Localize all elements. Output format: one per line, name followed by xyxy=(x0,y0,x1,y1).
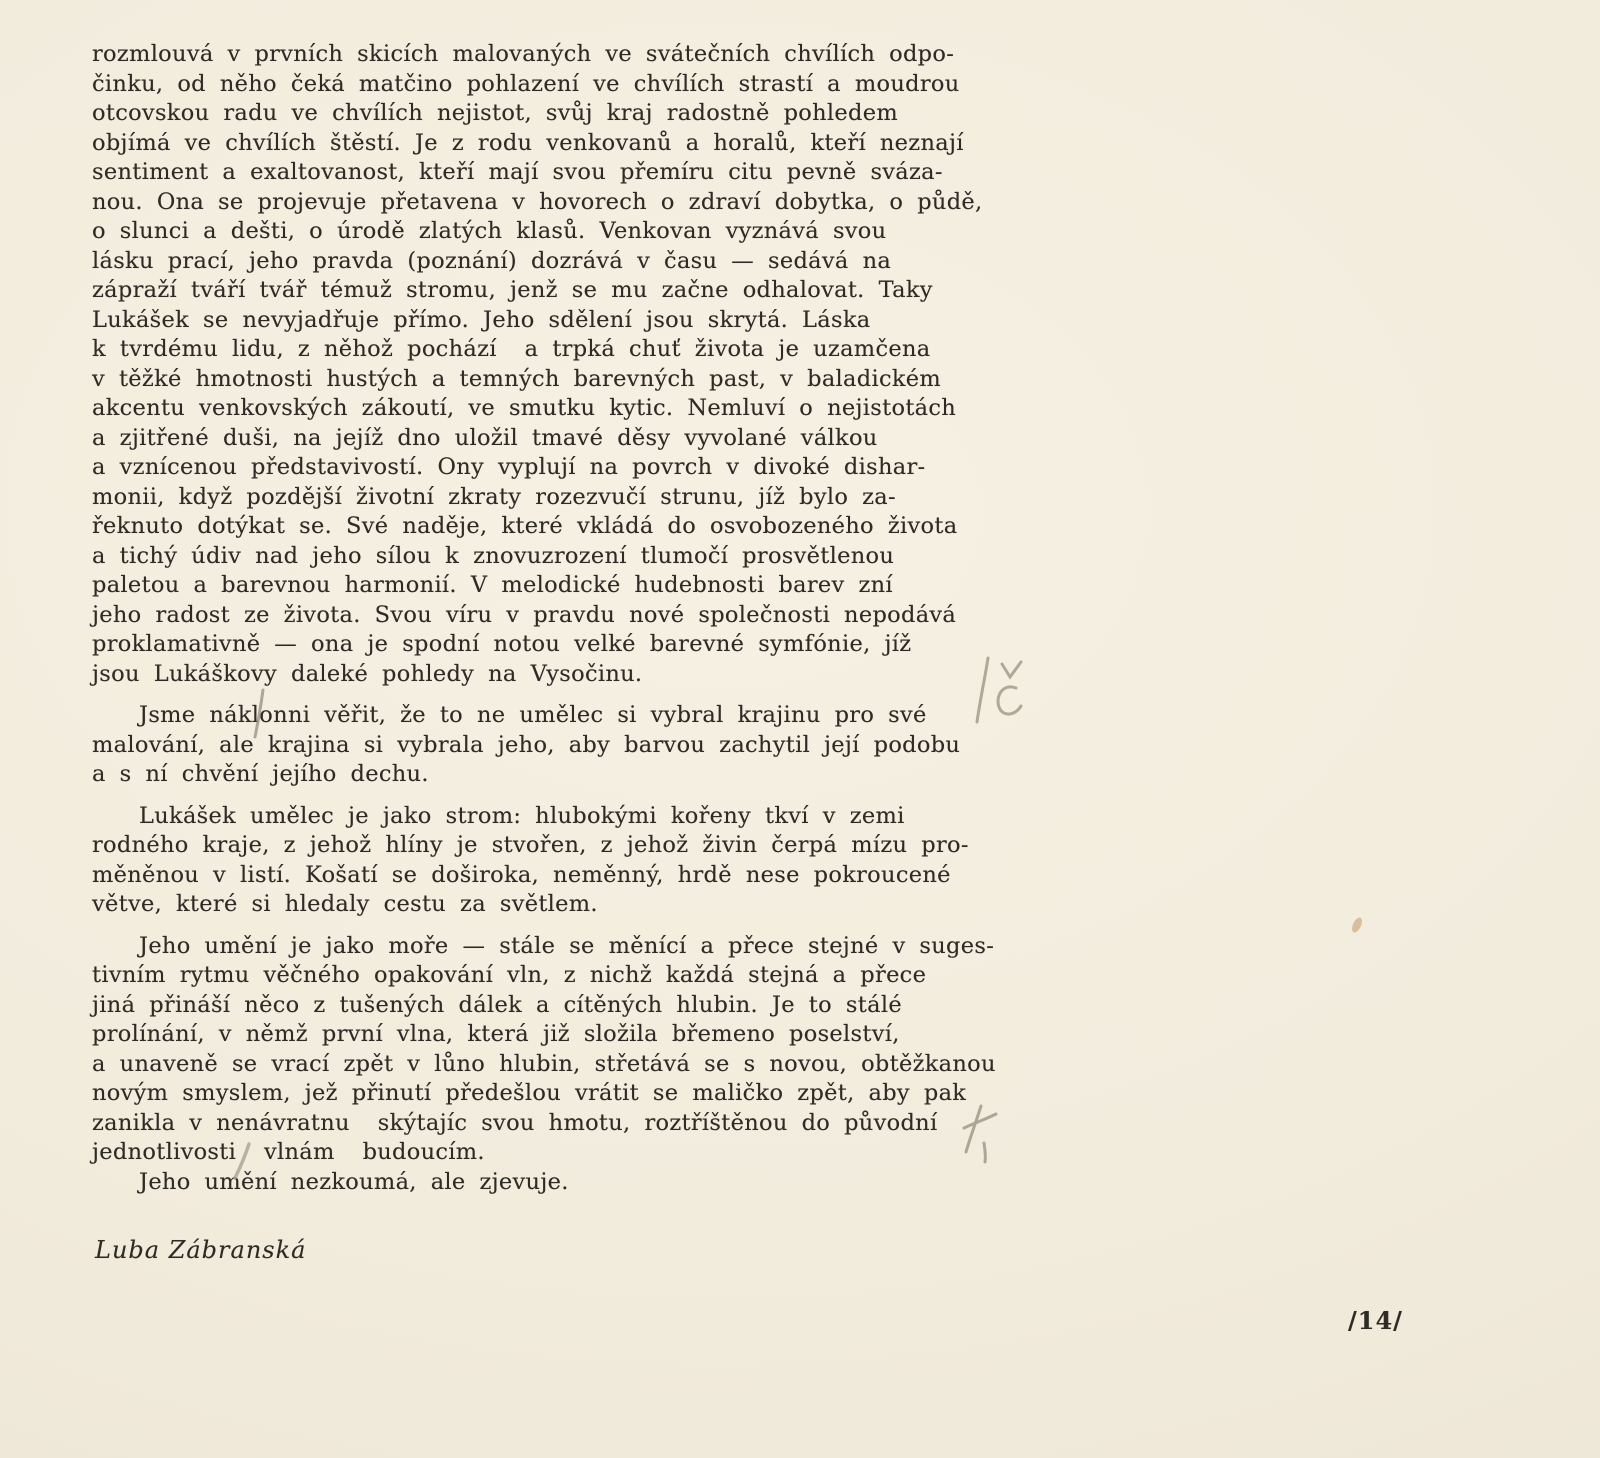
text-line: jiná přináší něco z tušených dálek a cít… xyxy=(92,991,1012,1021)
text-line: jeho radost ze života. Svou víru v pravd… xyxy=(92,601,1012,631)
text-line: otcovskou radu ve chvílích nejistot, svů… xyxy=(92,99,1012,129)
text-line: a vznícenou představivostí. Ony vyplují … xyxy=(92,453,1012,483)
paragraph: Jsme náklonni věřit, že to ne umělec si … xyxy=(92,701,1012,790)
text-line: novým smyslem, jež přinutí předešlou vrá… xyxy=(92,1079,1012,1109)
text-line: Jeho umění je jako moře — stále se měníc… xyxy=(92,932,1012,962)
text-line: měněnou v listí. Košatí se doširoka, nem… xyxy=(92,861,1012,891)
text-line: Lukášek umělec je jako strom: hlubokými … xyxy=(92,802,1012,832)
paragraph: Jeho umění nezkoumá, ale zjevuje. xyxy=(92,1168,1012,1198)
text-line: rozmlouvá v prvních skicích malovaných v… xyxy=(92,40,1012,70)
text-line: zanikla v nenávratnu skýtajíc svou hmotu… xyxy=(92,1109,1012,1139)
text-line: tivním rytmu věčného opakování vln, z ni… xyxy=(92,961,1012,991)
text-line: o slunci a dešti, o úrodě zlatých klasů.… xyxy=(92,217,1012,247)
text-line: řeknuto dotýkat se. Své naděje, které vk… xyxy=(92,512,1012,542)
text-block: rozmlouvá v prvních skicích malovaných v… xyxy=(92,40,1012,1197)
text-line: lásku prací, jeho pravda (poznání) dozrá… xyxy=(92,247,1012,277)
text-line: větve, které si hledaly cestu za světlem… xyxy=(92,890,1012,920)
text-line: a unaveně se vrací zpět v lůno hlubin, s… xyxy=(92,1050,1012,1080)
text-line: nou. Ona se projevuje přetavena v hovore… xyxy=(92,188,1012,218)
text-line: a tichý údiv nad jeho sílou k znovuzroze… xyxy=(92,542,1012,572)
text-line: jsou Lukáškovy daleké pohledy na Vysočin… xyxy=(92,660,1012,690)
paper-speck xyxy=(1350,916,1364,934)
text-line: Lukášek se nevyjadřuje přímo. Jeho sděle… xyxy=(92,306,1012,336)
scanned-book-page: { "document": { "language": "cs", "parag… xyxy=(0,0,1600,1458)
text-line: k tvrdému lidu, z něhož pochází a trpká … xyxy=(92,335,1012,365)
paragraph: rozmlouvá v prvních skicích malovaných v… xyxy=(92,40,1012,689)
text-line: Jsme náklonni věřit, že to ne umělec si … xyxy=(92,701,1012,731)
text-line: malování, ale krajina si vybrala jeho, a… xyxy=(92,731,1012,761)
page-number: /14/ xyxy=(1348,1306,1403,1335)
author-signature: Luba Zábranská xyxy=(95,1236,306,1264)
text-line: paletou a barevnou harmonií. V melodické… xyxy=(92,571,1012,601)
text-line: sentiment a exaltovanost, kteří mají svo… xyxy=(92,158,1012,188)
text-line: v těžké hmotnosti hustých a temných bare… xyxy=(92,365,1012,395)
text-line: monii, když pozdější životní zkraty roze… xyxy=(92,483,1012,513)
paragraph: Lukášek umělec je jako strom: hlubokými … xyxy=(92,802,1012,920)
text-line: proklamativně — ona je spodní notou velk… xyxy=(92,630,1012,660)
text-line: činku, od něho čeká matčino pohlazení ve… xyxy=(92,70,1012,100)
text-line: jednotlivosti vlnám budoucím. xyxy=(92,1138,1012,1168)
text-line: prolínání, v němž první vlna, která již … xyxy=(92,1020,1012,1050)
text-line: a zjitřené duši, na jejíž dno uložil tma… xyxy=(92,424,1012,454)
text-line: rodného kraje, z jehož hlíny je stvořen,… xyxy=(92,831,1012,861)
text-line: zápraží tváří tvář témuž stromu, jenž se… xyxy=(92,276,1012,306)
page: rozmlouvá v prvních skicích malovaných v… xyxy=(0,0,1600,1458)
paragraph: Jeho umění je jako moře — stále se měníc… xyxy=(92,932,1012,1168)
text-line: a s ní chvění jejího dechu. xyxy=(92,760,1012,790)
text-line: akcentu venkovských zákoutí, ve smutku k… xyxy=(92,394,1012,424)
text-line: Jeho umění nezkoumá, ale zjevuje. xyxy=(92,1168,1012,1198)
text-line: objímá ve chvílích štěstí. Je z rodu ven… xyxy=(92,129,1012,159)
